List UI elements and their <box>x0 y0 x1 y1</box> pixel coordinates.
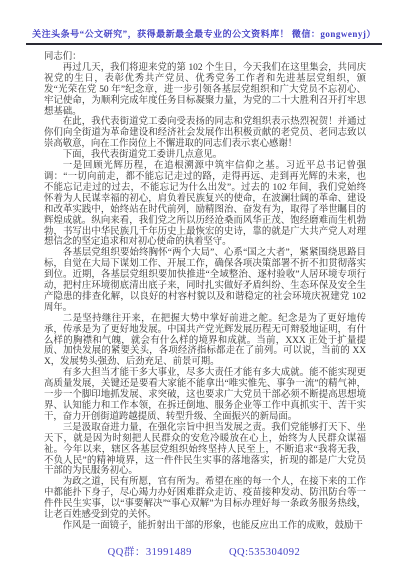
paragraph-congratulations: 在此，我代表街道党工委向受表扬的同志和党组织表示热烈祝贺！并通过你们向全街道为革… <box>44 117 366 150</box>
paragraph-responsibility: 有多大担当才能干多大事业，尽多大责任才能有多大成就。能不能实现更高质量发展，关键… <box>44 368 366 423</box>
promo-footer: QQ群：31991489 QQ:535304092 <box>0 544 408 559</box>
paragraph-point-three: 三是汲取奋进力量，在强化宗旨中担当发展之责。我们党能够打天下、坐天下，就是因为时… <box>44 423 366 478</box>
paragraph-grassroots-orgs: 各基层党组织要始终胸怀“两个大局”、心系“国之大者”，紧紧围绕思路目标，自觉在大… <box>44 248 366 313</box>
promo-header: 关注头条号“公文研究”，获得最新最全最专业的公文资料库！ 微信：gongweny… <box>0 24 408 45</box>
speech-body: 同志们： 再过几天，我们将迎来党的第 102 个生日，今天我们在这里集会，共同庆… <box>44 52 366 532</box>
paragraph-opening: 再过几天，我们将迎来党的第 102 个生日，今天我们在这里集会，共同庆祝党的生日… <box>44 63 366 118</box>
paragraph-point-two: 二是坚持继往开来，在把握大势中掌好前进之舵。纪念是为了更好地传承，传承是为了更好… <box>44 314 366 369</box>
qq-contact: QQ:535304092 <box>229 547 300 558</box>
paragraph-workstyle-truncated: 作风是一面镜子，能折射出干部的形象，也能反应出工作的成败，鼓励干 <box>44 521 366 532</box>
paragraph-governance: 为政之道，民有所愿，官有所为。希望在座的每一个人，在接下来的工作中都能扑下身子，… <box>44 477 366 521</box>
document-page: 关注头条号“公文研究”，获得最新最全最专业的公文资料库！ 微信：gongweny… <box>0 0 408 580</box>
promo-banner-text: 关注头条号“公文研究”，获得最新最全最专业的公文资料库！ 微信：gongweny… <box>26 27 382 45</box>
salutation: 同志们： <box>44 52 366 63</box>
paragraph-point-one: 一是回顾光辉历程，在追根溯源中筑牢信仰之基。习近平总书记曾强调：“一切向前走，都… <box>44 161 366 248</box>
paragraph-transition: 下面，我代表街道党工委讲几点意见。 <box>44 150 366 161</box>
qq-group-contact: QQ群：31991489 <box>108 547 192 558</box>
